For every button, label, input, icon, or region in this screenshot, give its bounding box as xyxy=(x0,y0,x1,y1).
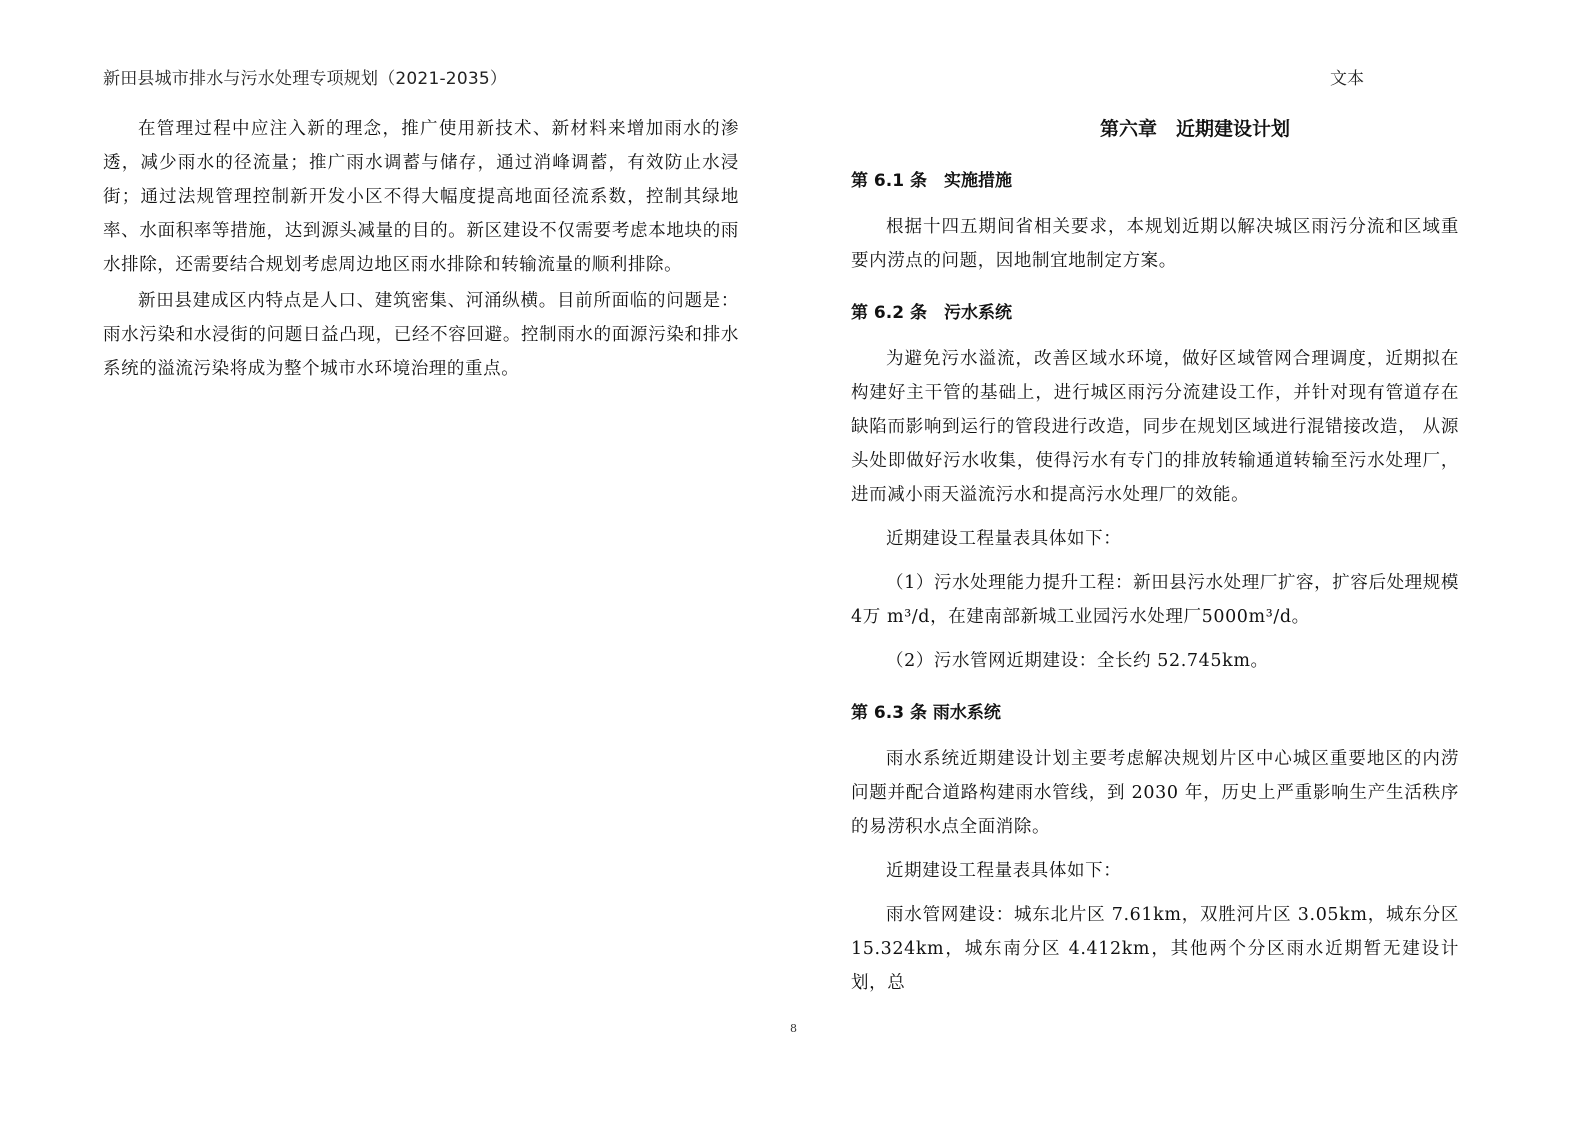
list-item: （1）污水处理能力提升工程：新田县污水处理厂扩容，扩容后处理规模4万 m³/d，… xyxy=(851,566,1459,634)
paragraph: 新田县建成区内特点是人口、建筑密集、河涌纵横。目前所面临的问题是：雨水污染和水浸… xyxy=(103,284,739,386)
page-number: 8 xyxy=(790,1022,797,1035)
paragraph: 近期建设工程量表具体如下： xyxy=(851,854,1459,888)
section-title-6-1: 第 6.1 条 实施措施 xyxy=(851,168,1459,194)
section-title-6-2: 第 6.2 条 污水系统 xyxy=(851,300,1459,326)
paragraph: 近期建设工程量表具体如下： xyxy=(851,522,1459,556)
chapter-title: 第六章 近期建设计划 xyxy=(851,112,1459,146)
right-page-column: 第六章 近期建设计划 第 6.1 条 实施措施 根据十四五期间省相关要求，本规划… xyxy=(851,112,1459,1002)
section-title-6-3: 第 6.3 条 雨水系统 xyxy=(851,700,1459,726)
list-item: （2）污水管网近期建设：全长约 52.745km。 xyxy=(851,644,1459,678)
page-header-right-label: 文本 xyxy=(1330,64,1364,89)
paragraph: 在管理过程中应注入新的理念，推广使用新技术、新材料来增加雨水的渗透，减少雨水的径… xyxy=(103,112,739,282)
left-page-column: 在管理过程中应注入新的理念，推广使用新技术、新材料来增加雨水的渗透，减少雨水的径… xyxy=(103,112,739,388)
paragraph: 雨水管网建设：城东北片区 7.61km，双胜河片区 3.05km，城东分区 15… xyxy=(851,898,1459,1000)
paragraph: 根据十四五期间省相关要求，本规划近期以解决城区雨污分流和区域重要内涝点的问题，因… xyxy=(851,210,1459,278)
paragraph: 雨水系统近期建设计划主要考虑解决规划片区中心城区重要地区的内涝问题并配合道路构建… xyxy=(851,742,1459,844)
page-header-left-title: 新田县城市排水与污水处理专项规划（2021-2035） xyxy=(103,64,507,89)
paragraph: 为避免污水溢流，改善区域水环境，做好区域管网合理调度，近期拟在构建好主干管的基础… xyxy=(851,342,1459,512)
